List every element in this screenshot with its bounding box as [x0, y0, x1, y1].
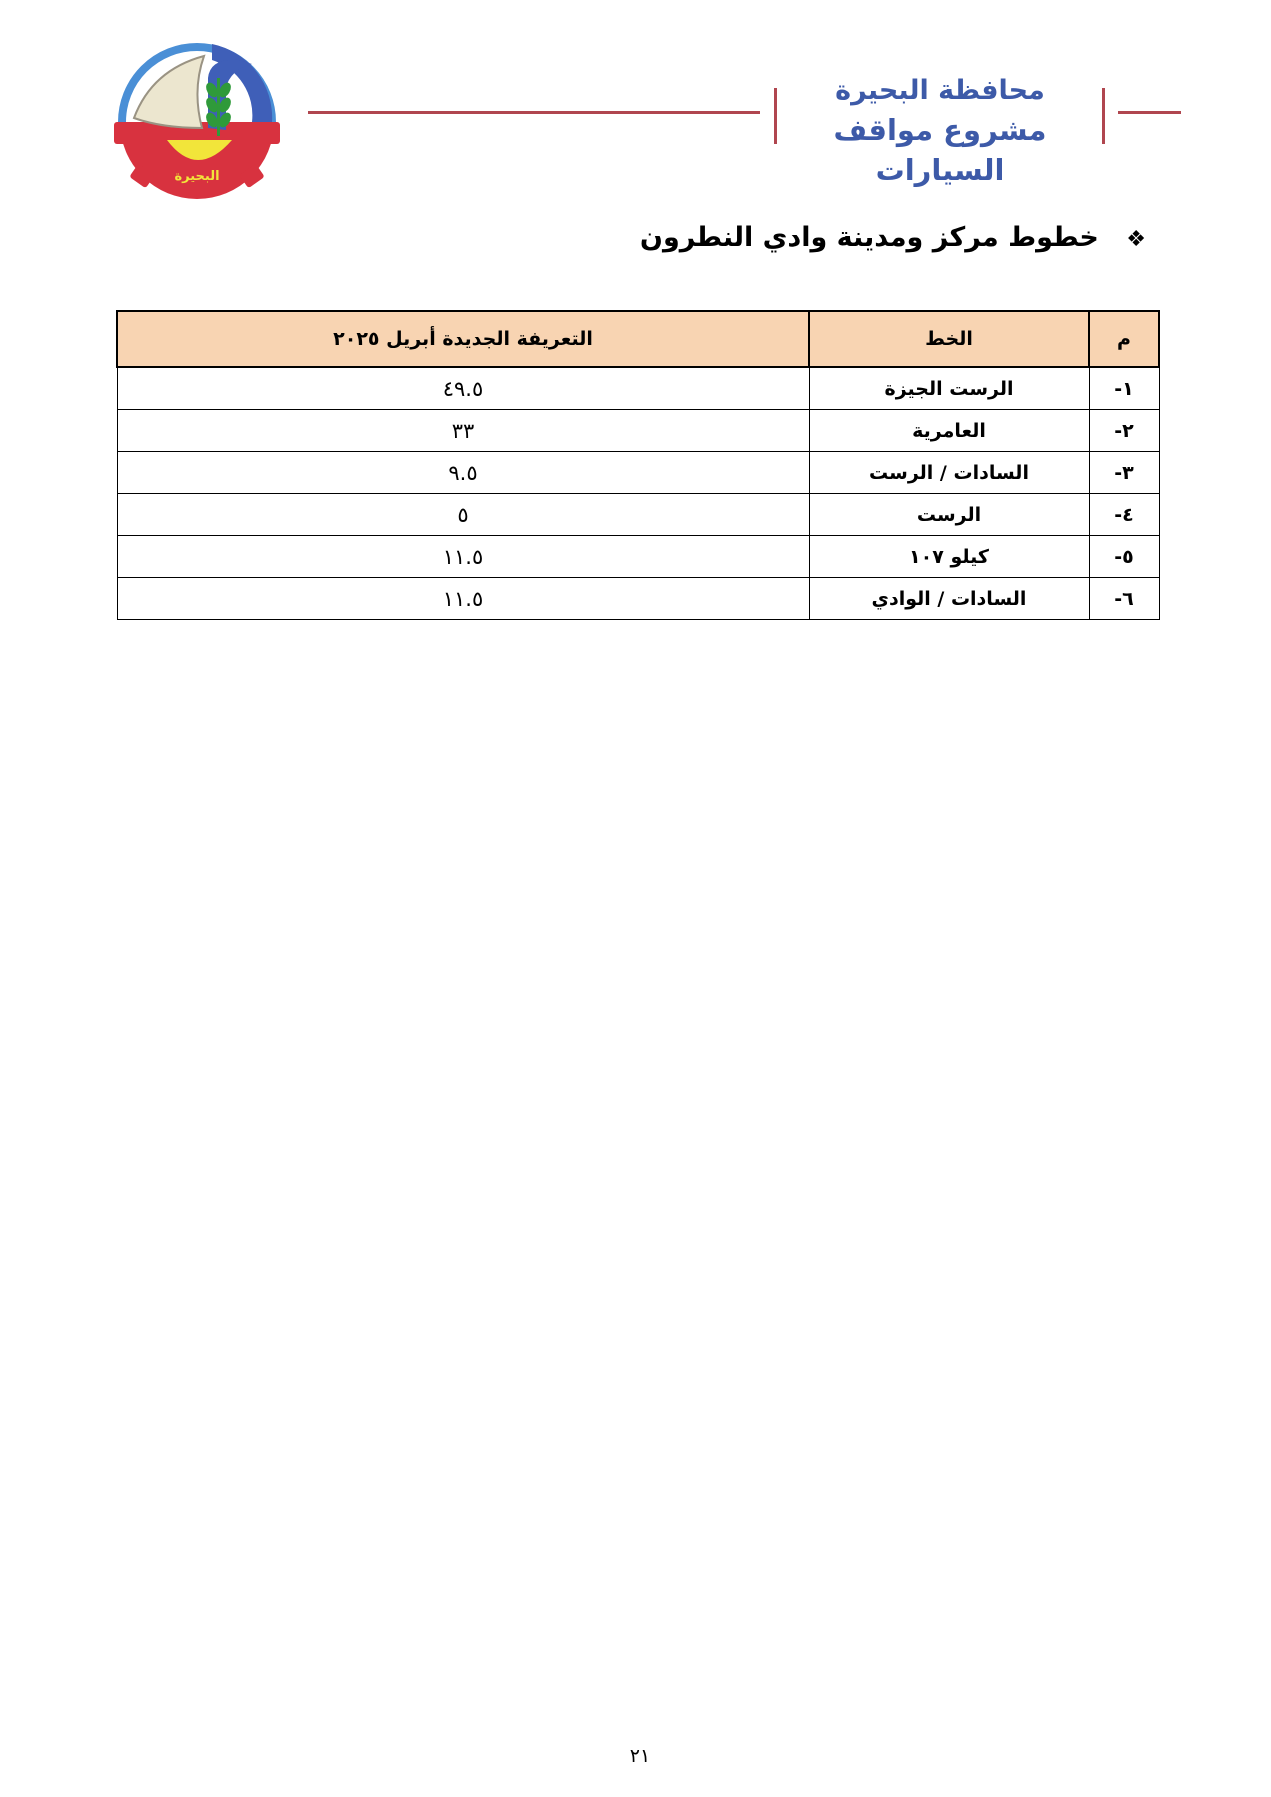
row-index: ٥- — [1089, 536, 1159, 578]
routes-fare-table: م الخط التعريفة الجديدة أبريل ٢٠٢٥ ١- ال… — [116, 310, 1160, 620]
beheira-governorate-logo: البحيرة — [112, 30, 282, 200]
header-rule-right — [1118, 111, 1181, 114]
header-titles: محافظة البحيرة مشروع مواقف السيارات — [782, 72, 1098, 190]
governorate-title: محافظة البحيرة — [782, 72, 1098, 110]
fare-value: ١١.٥ — [117, 578, 809, 620]
fare-value: ٥ — [117, 494, 809, 536]
fare-value: ١١.٥ — [117, 536, 809, 578]
col-header-index: م — [1089, 311, 1159, 367]
page-number: ٢١ — [600, 1745, 680, 1767]
route-line: كيلو ١٠٧ — [809, 536, 1089, 578]
table-row: ٦- السادات / الوادي ١١.٥ — [117, 578, 1159, 620]
table-row: ٣- السادات / الرست ٩.٥ — [117, 452, 1159, 494]
fare-value: ٩.٥ — [117, 452, 809, 494]
fare-value: ٤٩.٥ — [117, 367, 809, 410]
header-divider-left — [774, 88, 777, 144]
project-title: مشروع مواقف السيارات — [782, 110, 1098, 190]
logo-emblem-icon: البحيرة — [112, 30, 282, 200]
route-line: السادات / الوادي — [809, 578, 1089, 620]
route-line: الرست — [809, 494, 1089, 536]
table-row: ١- الرست الجيزة ٤٩.٥ — [117, 367, 1159, 410]
section-heading-text: خطوط مركز ومدينة وادي النطرون — [640, 222, 1099, 253]
table-row: ٢- العامرية ٣٣ — [117, 410, 1159, 452]
col-header-fare: التعريفة الجديدة أبريل ٢٠٢٥ — [117, 311, 809, 367]
header-divider-right — [1102, 88, 1105, 144]
table-row: ٥- كيلو ١٠٧ ١١.٥ — [117, 536, 1159, 578]
route-line: العامرية — [809, 410, 1089, 452]
col-header-line: الخط — [809, 311, 1089, 367]
route-line: السادات / الرست — [809, 452, 1089, 494]
row-index: ١- — [1089, 367, 1159, 410]
row-index: ٤- — [1089, 494, 1159, 536]
table-row: ٤- الرست ٥ — [117, 494, 1159, 536]
svg-text:البحيرة: البحيرة — [174, 169, 219, 184]
route-line: الرست الجيزة — [809, 367, 1089, 410]
diamond-bullet-icon: ❖ — [1126, 227, 1146, 252]
table-header-row: م الخط التعريفة الجديدة أبريل ٢٠٢٥ — [117, 311, 1159, 367]
row-index: ٦- — [1089, 578, 1159, 620]
section-heading: ❖ خطوط مركز ومدينة وادي النطرون — [640, 222, 1146, 253]
fare-value: ٣٣ — [117, 410, 809, 452]
row-index: ٣- — [1089, 452, 1159, 494]
header-rule-left — [308, 111, 760, 114]
row-index: ٢- — [1089, 410, 1159, 452]
